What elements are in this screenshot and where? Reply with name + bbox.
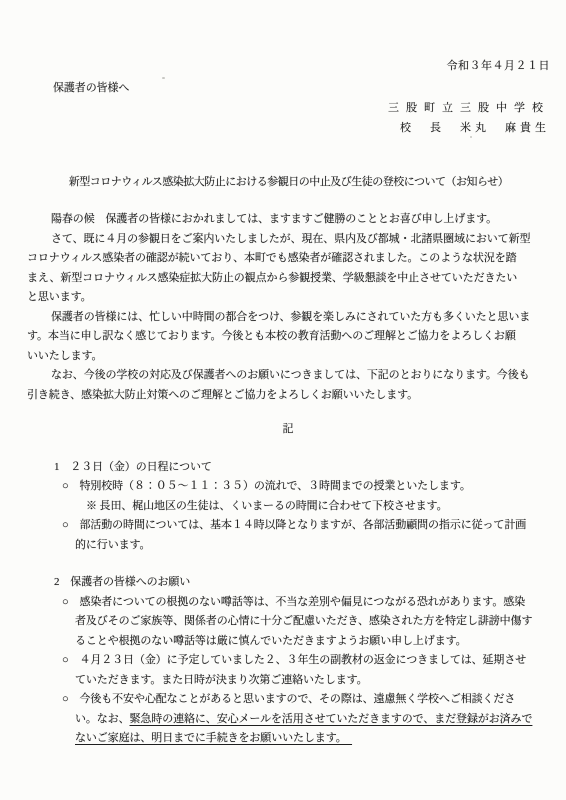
- school-name: 三股町立三股中学校: [27, 98, 550, 118]
- letter-date: 令和３年４月２１日: [27, 56, 550, 76]
- section-schedule: 1 ２３日（金）の日程について ○ 特別校時（８：０５～１１：３５）の流れで、３…: [27, 458, 550, 556]
- section-requests-heading: 2 保護者の皆様へのお願い: [54, 573, 550, 593]
- principal-name: 校 長 米丸 麻貴生: [27, 118, 550, 138]
- list-item-refund: ○ ４月２３日（金）に予定していました２、３年生の副教材の返金につきましては、延…: [75, 651, 550, 690]
- letter-body: 陽春の候 保護者の皆様におかれましては、ますますご健勝のこととお喜び申し上げます…: [27, 210, 550, 405]
- recipient-line: 保護者の皆様へ: [53, 78, 550, 98]
- scanned-letter-page: 令和３年４月２１日 保護者の皆様へ 三股町立三股中学校 校 長 米丸 麻貴生 新…: [0, 0, 566, 800]
- list-item-consultation: ○ 今後も不安や心配なことがあると思いますので、その際は、遠慮無く学校へご相談く…: [75, 690, 550, 749]
- letter-content: 令和３年４月２１日 保護者の皆様へ 三股町立三股中学校 校 長 米丸 麻貴生 新…: [0, 56, 566, 749]
- section-requests: 2 保護者の皆様へのお願い ○ 感染者についての根拠のない噂話等は、不当な差別や…: [27, 573, 550, 749]
- paragraph-apology: 保護者の皆様には、忙しい中時間の都合をつけ、参観を楽しみにされていた方も多くいた…: [27, 308, 550, 367]
- paragraph-greeting: 陽春の候 保護者の皆様におかれましては、ますますご健勝のこととお喜び申し上げます…: [27, 210, 550, 230]
- scan-speck: [470, 136, 472, 138]
- paragraph-notice: なお、今後の学校の対応及び保護者へのお願いにつきましては、下記のとおりになります…: [27, 366, 550, 405]
- scan-speck: [162, 77, 165, 79]
- paragraph-situation: さて、既に４月の参観日をご案内いたしましたが、現在、県内及び都城・北諸県圏域にお…: [27, 230, 550, 308]
- ki-marker: 記: [27, 420, 550, 440]
- letter-title: 新型コロナウィルス感染拡大防止における参観日の中止及び生徒の登校について（お知ら…: [27, 172, 550, 192]
- section-schedule-heading: 1 ２３日（金）の日程について: [54, 458, 550, 478]
- consultation-underlined-text: 緊急時の連絡に、安心メールを活用させていただきますので、まだ登録がお済みで ない…: [75, 713, 532, 745]
- list-note-bus: ※ 長田、梶山地区の生徒は、くいまーるの時間に合わせて下校させます。: [86, 497, 550, 517]
- list-item-club-activities: ○ 部活動の時間については、基本１４時以降となりますが、各部活動顧問の指示に従っ…: [75, 516, 550, 555]
- list-item-rumors: ○ 感染者についての根拠のない噂話等は、不当な差別や偏見につながる恐れがあります…: [75, 593, 550, 652]
- list-item-special-hours: ○ 特別校時（８：０５～１１：３５）の流れで、３時間までの授業といたします。: [75, 477, 550, 497]
